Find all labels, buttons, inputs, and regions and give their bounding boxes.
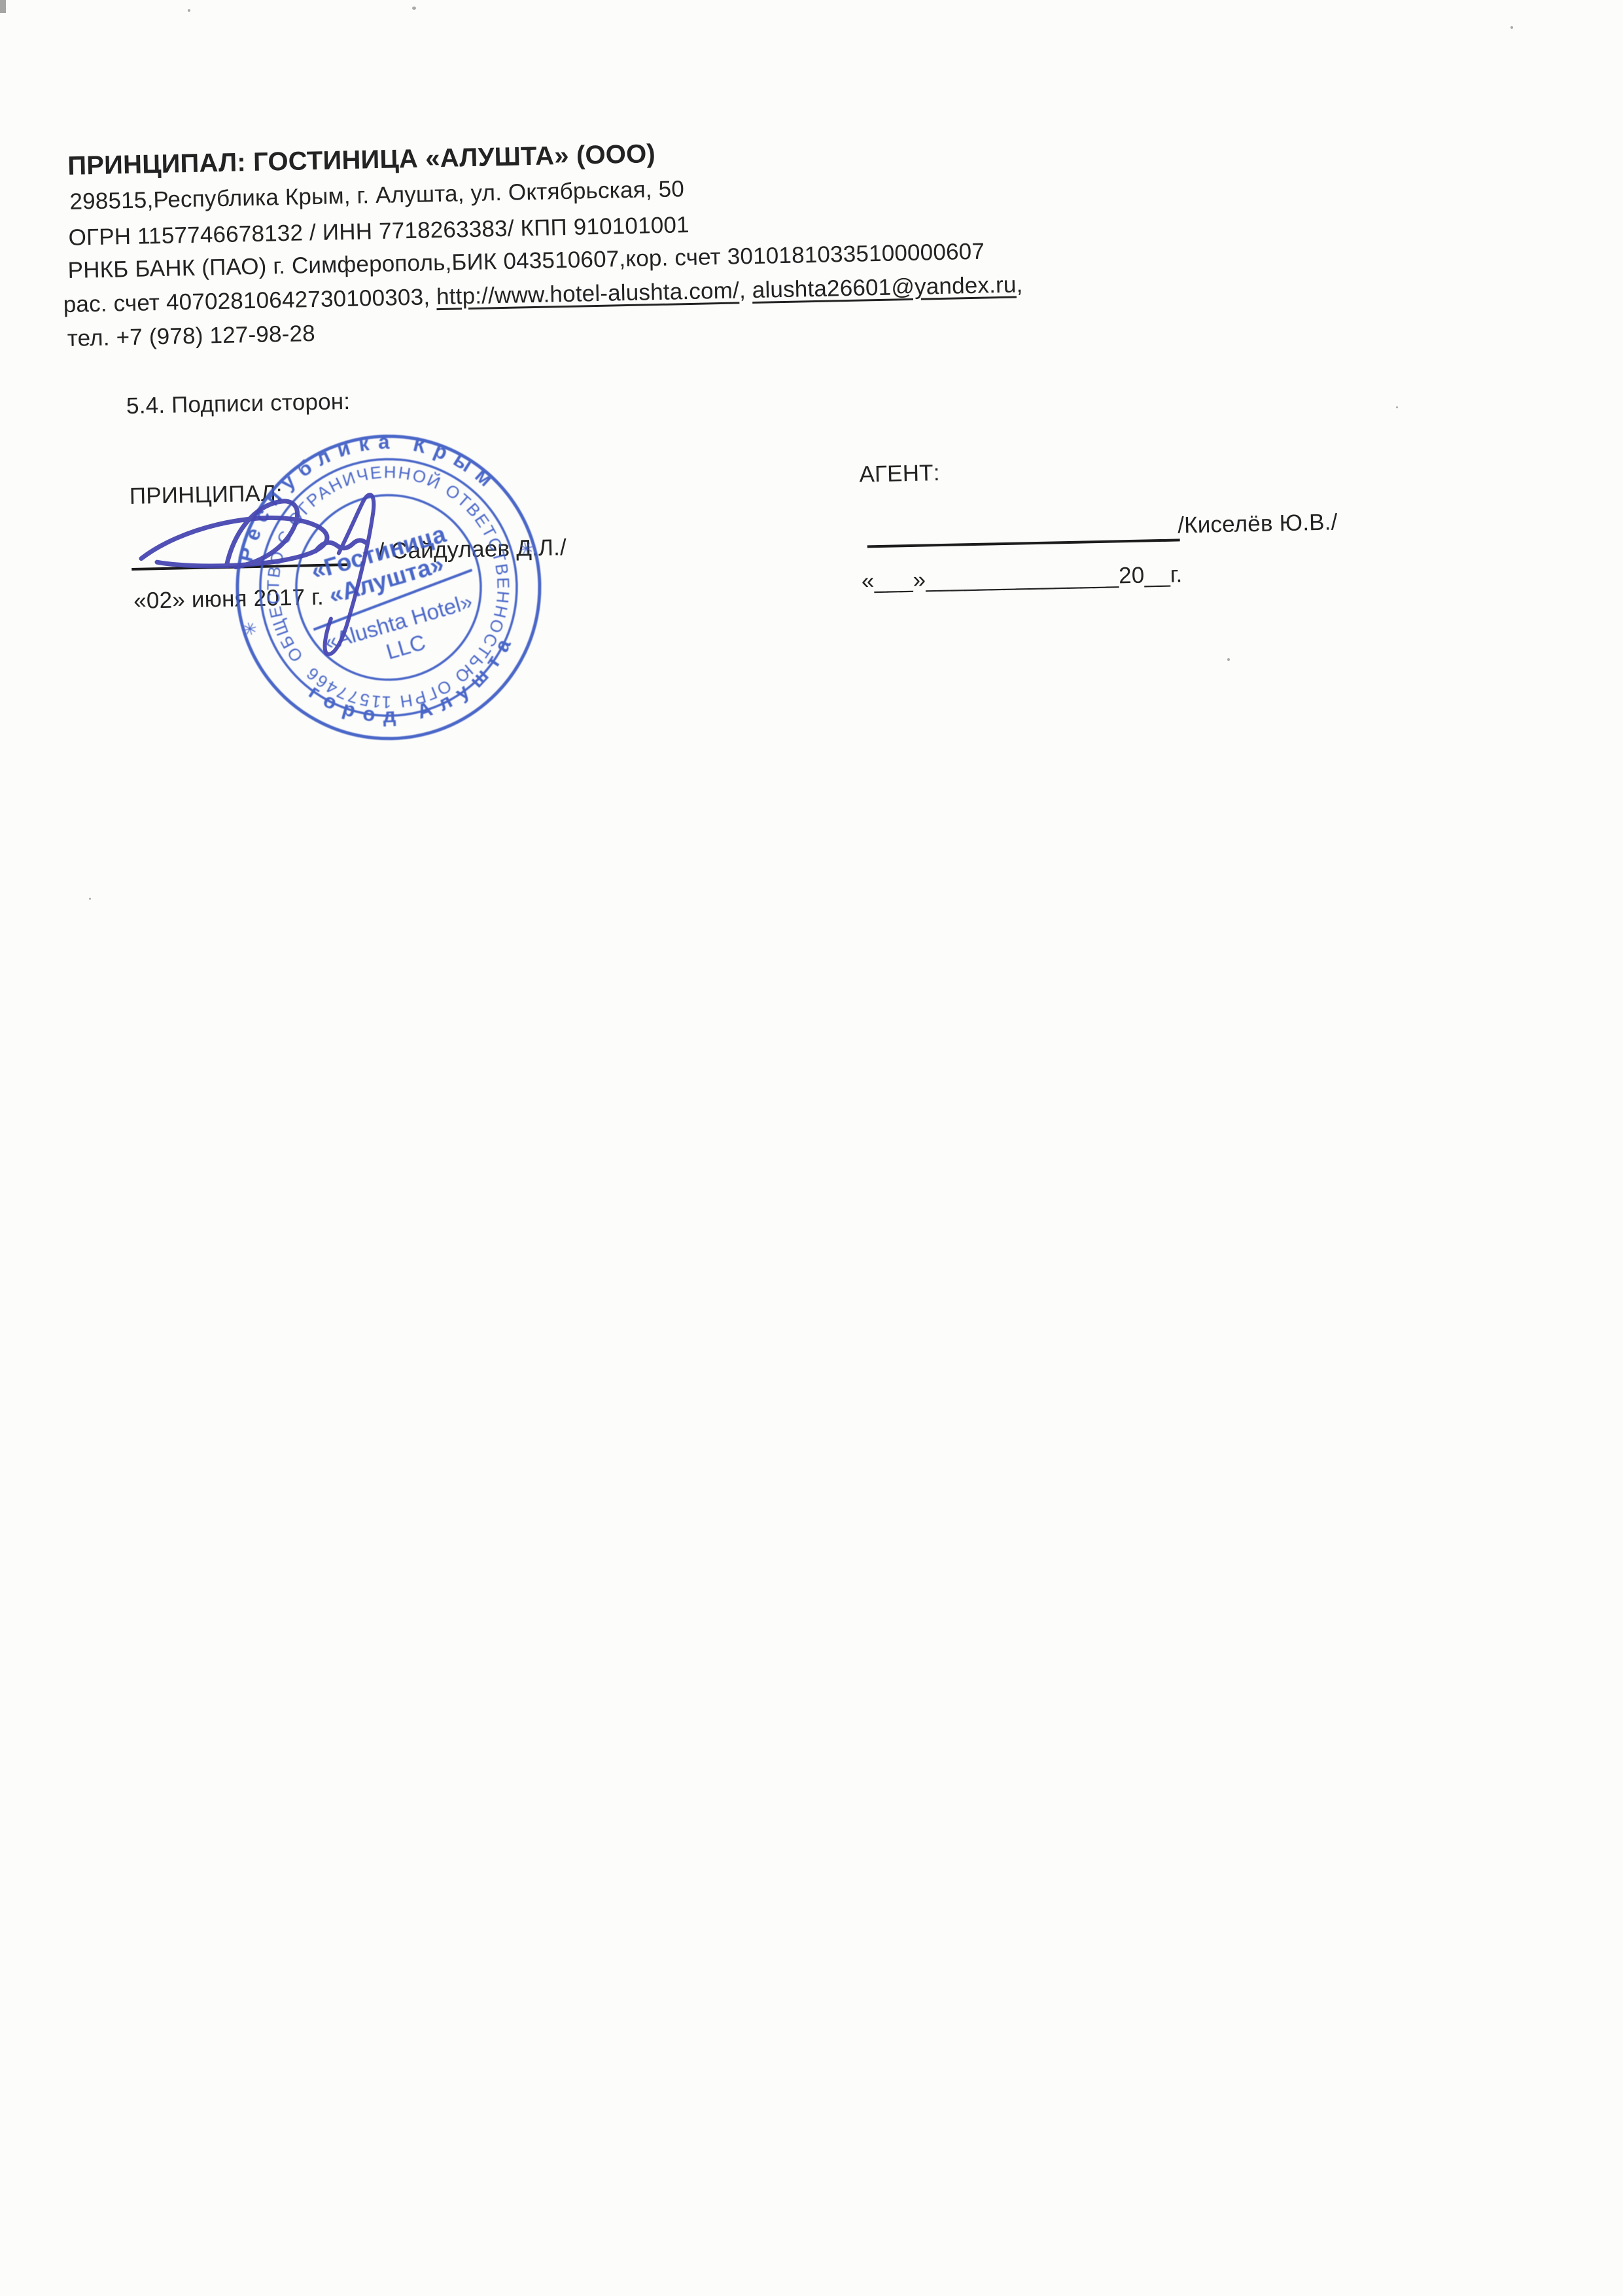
- scan-skew-layer: ПРИНЦИПАЛ: ГОСТИНИЦА «АЛУШТА» (ООО) 2985…: [0, 0, 1623, 2295]
- principal-address: 298515,Республика Крым, г. Алушта, ул. О…: [69, 177, 684, 213]
- scan-speck: [1227, 658, 1230, 661]
- scan-speck: [1510, 26, 1513, 29]
- website-link[interactable]: http://www.hotel-alushta.com/: [436, 277, 740, 309]
- section-title-signatures: 5.4. Подписи сторон:: [126, 390, 351, 417]
- scan-speck: [1396, 406, 1398, 408]
- agent-date-blank: «___»_______________20__г.: [862, 563, 1183, 592]
- principal-ogrn-inn-kpp: ОГРН 1157746678132 / ИНН 7718263383/ КПП…: [68, 213, 689, 249]
- stamp-star-left-icon: ✳: [241, 618, 260, 641]
- scan-speck: [412, 7, 416, 10]
- agent-signatory-name: /Киселёв Ю.В./: [1178, 510, 1338, 537]
- separator-comma: ,: [739, 277, 753, 303]
- agent-label: АГЕНТ:: [859, 461, 940, 486]
- principal-requisites-title: ПРИНЦИПАЛ: ГОСТИНИЦА «АЛУШТА» (ООО): [67, 141, 655, 179]
- principal-phone: тел. +7 (978) 127-98-28: [67, 322, 315, 350]
- scan-speck: [188, 9, 190, 12]
- account-number: рас. счет 40702810642730100303,: [63, 284, 436, 317]
- scanned-contract-page: ПРИНЦИПАЛ: ГОСТИНИЦА «АЛУШТА» (ООО) 2985…: [0, 0, 1623, 2296]
- scan-edge-artifact: [0, 0, 6, 13]
- scan-speck: [89, 898, 91, 900]
- agent-signature-line: [867, 539, 1180, 548]
- email-link[interactable]: alushta26601@yandex.ru: [752, 272, 1017, 303]
- company-round-stamp: Республика Крым город Алушта ОБЩЕСТВО С …: [222, 421, 555, 754]
- trailing-comma: ,: [1016, 272, 1023, 297]
